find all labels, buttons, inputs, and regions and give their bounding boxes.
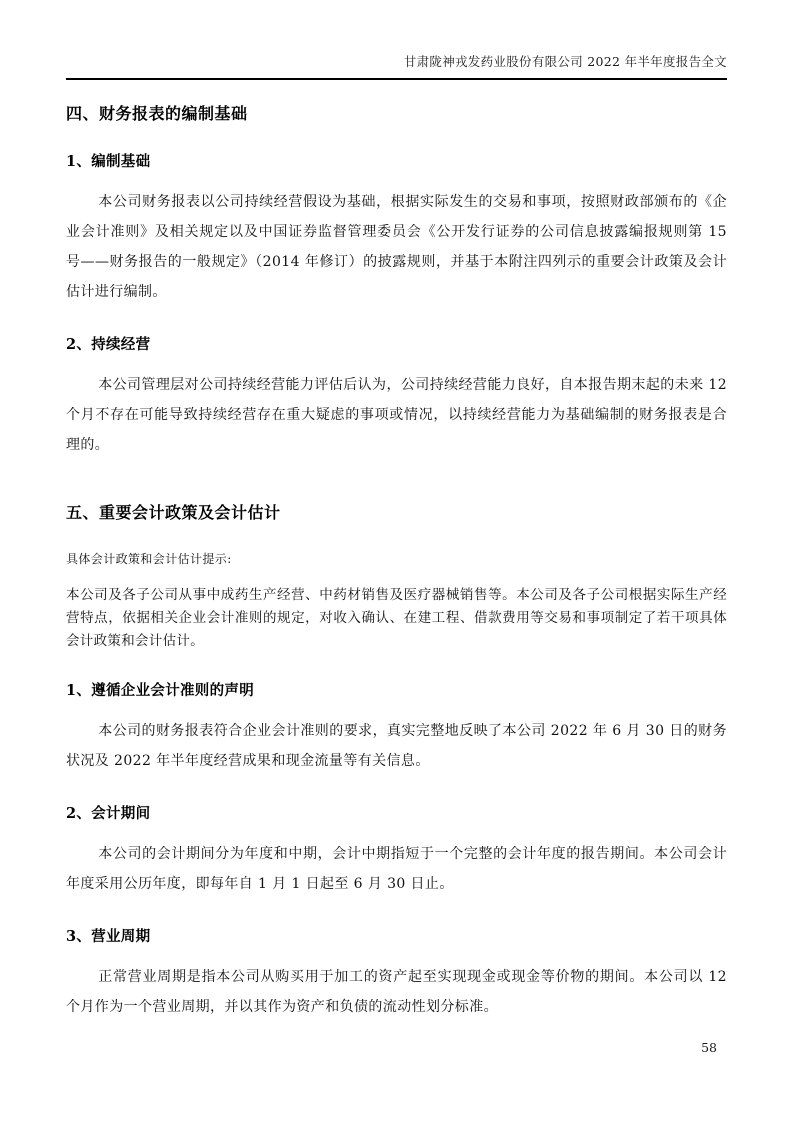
subsection-heading-5-1: 1、遵循企业会计准则的声明 — [66, 679, 727, 700]
page-content: 甘肃陇神戎发药业股份有限公司 2022 年半年度报告全文 四、财务报表的编制基础… — [66, 0, 727, 1022]
running-header: 甘肃陇神戎发药业股份有限公司 2022 年半年度报告全文 — [66, 0, 727, 80]
section-heading-4: 四、财务报表的编制基础 — [66, 101, 727, 124]
paragraph-basis-of-preparation: 本公司财务报表以公司持续经营假设为基础，根据实际发生的交易和事项，按照财政部颁布… — [66, 187, 727, 307]
paragraph-compliance-statement: 本公司的财务报表符合企业会计准则的要求，真实完整地反映了本公司 2022 年 6… — [66, 716, 727, 776]
subsection-heading-4-2: 2、持续经营 — [66, 333, 727, 354]
paragraph-going-concern: 本公司管理层对公司持续经营能力评估后认为，公司持续经营能力良好，自本报告期末起的… — [66, 370, 727, 460]
paragraph-business-scope-intro: 本公司及各子公司从事中成药生产经营、中药材销售及医疗器械销售等。本公司及各子公司… — [66, 584, 727, 653]
section-heading-5: 五、重要会计政策及会计估计 — [66, 500, 727, 523]
note-accounting-policy-hint: 具体会计政策和会计估计提示: — [66, 550, 727, 567]
subsection-heading-5-3: 3、营业周期 — [66, 925, 727, 946]
subsection-heading-5-2: 2、会计期间 — [66, 802, 727, 823]
page-number: 58 — [701, 1040, 717, 1055]
paragraph-accounting-period: 本公司的会计期间分为年度和中期，会计中期指短于一个完整的会计年度的报告期间。本公… — [66, 839, 727, 899]
subsection-heading-4-1: 1、编制基础 — [66, 150, 727, 171]
report-page: 甘肃陇神戎发药业股份有限公司 2022 年半年度报告全文 四、财务报表的编制基础… — [0, 0, 793, 1122]
paragraph-operating-cycle: 正常营业周期是指本公司从购买用于加工的资产起至实现现金或现金等价物的期间。本公司… — [66, 962, 727, 1022]
